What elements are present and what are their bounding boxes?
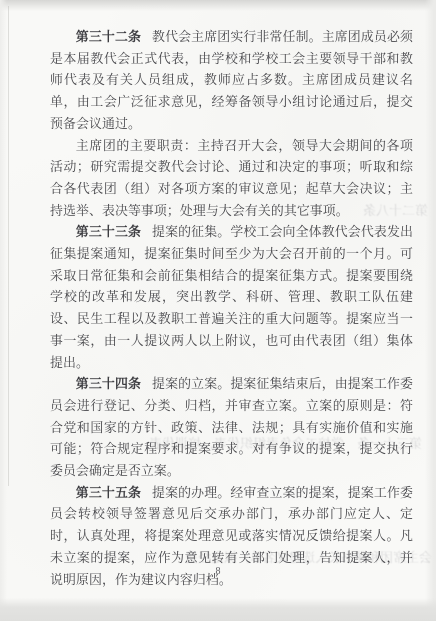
scanned-document-page: 第二十八条 第三十一条 学校工会负责组织代表，培训代表 会主席团和秘书长人选建议… <box>0 0 436 621</box>
paragraph-article-34: 第三十四条提案的立案。提案征集结束后，由提案工作委员会进行登记、分类、归档，并审… <box>50 374 413 483</box>
paragraph-article-32: 第三十二条教代会主席团实行非常任制。主席团成员必须是本届教代会正式代表，由学校和… <box>50 27 413 136</box>
scan-edge-bottom <box>0 598 436 621</box>
article-number: 第三十四条 <box>76 377 141 391</box>
article-number: 第三十三条 <box>76 225 141 239</box>
scan-crease-line <box>8 6 9 486</box>
scan-edge-top <box>0 0 436 11</box>
article-text: 主席团的主要职责：主持召开大会，领导大会期间的各项活动；研究需提交教代会讨论、通… <box>50 139 413 218</box>
paragraph-presidium-duties: 主席团的主要职责：主持召开大会，领导大会期间的各项活动；研究需提交教代会讨论、通… <box>50 136 413 223</box>
article-number: 第三十五条 <box>76 486 141 500</box>
scan-edge-right <box>425 0 436 621</box>
article-text: 教代会主席团实行非常任制。主席团成员必须是本届教代会正式代表，由学校和学校工会主… <box>50 30 413 131</box>
paragraph-article-33: 第三十三条提案的征集。学校工会向全体教代会代表发出征集提案通知，提案征集时间至少… <box>50 222 413 374</box>
document-body: 第三十二条教代会主席团实行非常任制。主席团成员必须是本届教代会正式代表，由学校和… <box>50 27 413 591</box>
article-number: 第三十二条 <box>76 30 141 44</box>
scan-edge-left <box>0 0 7 621</box>
article-text: 提案的征集。学校工会向全体教代会代表发出征集提案通知，提案征集时间至少为大会召开… <box>50 225 413 369</box>
article-text: 提案的立案。提案征集结束后，由提案工作委员会进行登记、分类、归档，并审查立案。立… <box>50 377 413 478</box>
page-number: 8 <box>0 566 436 577</box>
